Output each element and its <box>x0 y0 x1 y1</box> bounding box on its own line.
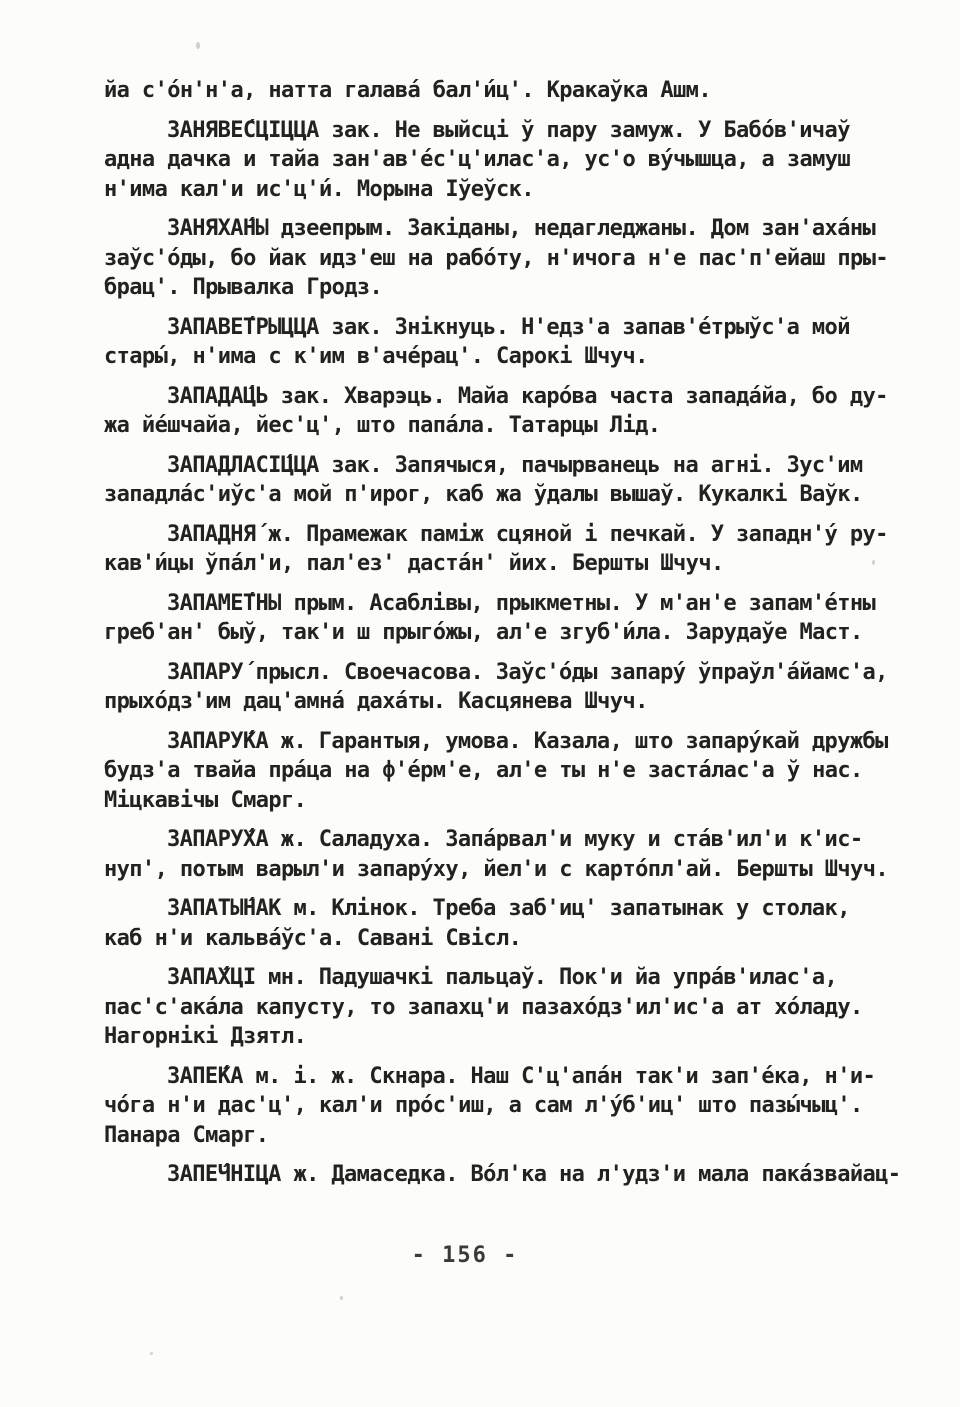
scanned-page: йа с'о́н'н'а, натта галава́ бал'и́ц'. Кр… <box>0 0 960 1407</box>
dictionary-entry-zapahci: ЗАПА́ХЦІ мн. Падушачкі пальцаў. Пок'и йа… <box>104 963 880 1052</box>
dictionary-entry-zapavetrycca: ЗАПАВЕ́ТРЫЦЦА зак. Знікнуць. Н'едз'а зап… <box>104 313 880 372</box>
text-line: ЗАПАРУ́ прысл. Своечасова. Заўс'о́ды зап… <box>104 658 880 688</box>
dictionary-entry-zaparuka: ЗАПАРУ́КА ж. Гарантыя, умова. Казала, шт… <box>104 727 880 816</box>
text-line: Міцкавічы Смарг. <box>104 786 880 816</box>
scan-speckle <box>150 1352 153 1355</box>
page-text-block: йа с'о́н'н'а, натта галава́ бал'и́ц'. Кр… <box>104 76 880 1200</box>
text-line: нуп', потым варыл'и запару́ху, йел'и с к… <box>104 855 880 885</box>
scan-speckle <box>196 42 200 49</box>
text-line: каб н'и кальва́ўс'а. Савані Свісл. <box>104 924 880 954</box>
text-line: греб'ан' быў, так'и ш прыго́жы, ал'е згу… <box>104 618 880 648</box>
text-line: йа с'о́н'н'а, натта галава́ бал'и́ц'. Кр… <box>104 76 880 106</box>
scan-speckle <box>340 1296 343 1300</box>
text-line: ЗАНЯХА́НЫ дзеепрым. Закіданы, недагледжа… <box>104 214 880 244</box>
dictionary-entry-zapadlasicca: ЗАПАДЛАСІ́ЦЦА зак. Запячыся, пачырванець… <box>104 451 880 510</box>
dictionary-entry-zapeka: ЗАПЕ́КА м. і. ж. Скнара. Наш С'ц'апа́н т… <box>104 1062 880 1151</box>
text-line: Панара Смарг. <box>104 1121 880 1151</box>
text-line: ЗАПАМЕ́ТНЫ прым. Асаблівы, прыкметны. У … <box>104 589 880 619</box>
dictionary-entry-zapadac: ЗАПАДА́ЦЬ зак. Хварэць. Майа каро́ва час… <box>104 382 880 441</box>
text-line: ЗАПАДА́ЦЬ зак. Хварэць. Майа каро́ва час… <box>104 382 880 412</box>
dictionary-entry-zanyahany: ЗАНЯХА́НЫ дзеепрым. Закіданы, недагледжа… <box>104 214 880 303</box>
text-line: ЗАПАТЫ́НАК м. Клінок. Треба заб'иц' запа… <box>104 894 880 924</box>
dictionary-entry-zaparu: ЗАПАРУ́ прысл. Своечасова. Заўс'о́ды зап… <box>104 658 880 717</box>
text-line: ЗАНЯВЕ́СЦІЦЦА зак. Не выйсці ў пару заму… <box>104 116 880 146</box>
dictionary-entry-zapadnya: ЗАПАДНЯ́ ж. Прамежак паміж сцяной і печк… <box>104 520 880 579</box>
continuation-paragraph: йа с'о́н'н'а, натта галава́ бал'и́ц'. Кр… <box>104 76 880 106</box>
page-number: - 156 - <box>0 1243 930 1268</box>
text-line: жа йе́шчайа, йес'ц', што папа́ла. Татарц… <box>104 411 880 441</box>
dictionary-entry-zapatynak: ЗАПАТЫ́НАК м. Клінок. Треба заб'иц' запа… <box>104 894 880 953</box>
dictionary-entry-zanyavescicca: ЗАНЯВЕ́СЦІЦЦА зак. Не выйсці ў пару заму… <box>104 116 880 205</box>
text-line: ЗАПАВЕ́ТРЫЦЦА зак. Знікнуць. Н'едз'а зап… <box>104 313 880 343</box>
text-line: ЗАПЕ́ЧНІЦА ж. Дамаседка. Во́л'ка на л'уд… <box>104 1160 880 1190</box>
text-line: будз'а твайа пра́ца на ф'е́рм'е, ал'е ты… <box>104 756 880 786</box>
text-line: брац'. Прывалка Гродз. <box>104 273 880 303</box>
text-line: н'има кал'и ис'ц'и́. Морына Іўеўск. <box>104 175 880 205</box>
text-line: заўс'о́ды, бо йак идз'еш на рабо́ту, н'и… <box>104 244 880 274</box>
text-line: пас'с'ака́ла капусту, то запахц'и пазахо… <box>104 993 880 1023</box>
text-line: западла́с'иўс'а мой п'ирог, каб жа ўдалы… <box>104 480 880 510</box>
text-line: ЗАПАДЛАСІ́ЦЦА зак. Запячыся, пачырванець… <box>104 451 880 481</box>
text-line: стары́, н'има с к'им в'аче́рац'. Сарокі … <box>104 342 880 372</box>
dictionary-entry-zapechnica: ЗАПЕ́ЧНІЦА ж. Дамаседка. Во́л'ка на л'уд… <box>104 1160 880 1190</box>
dictionary-entry-zaparuha: ЗАПАРУ́ХА ж. Саладуха. Запа́рвал'и муку … <box>104 825 880 884</box>
text-line: Нагорнікі Дзятл. <box>104 1022 880 1052</box>
text-line: ЗАПА́ХЦІ мн. Падушачкі пальцаў. Пок'и йа… <box>104 963 880 993</box>
text-line: ЗАПЕ́КА м. і. ж. Скнара. Наш С'ц'апа́н т… <box>104 1062 880 1092</box>
text-line: ЗАПАДНЯ́ ж. Прамежак паміж сцяной і печк… <box>104 520 880 550</box>
text-line: прыхо́дз'им дац'амна́ даха́ты. Касцянева… <box>104 687 880 717</box>
text-line: кав'и́цы ўпа́л'и, пал'ез' даста́н' йих. … <box>104 549 880 579</box>
text-line: чо́га н'и дас'ц', кал'и про́с'иш, а сам … <box>104 1091 880 1121</box>
text-line: ЗАПАРУ́ХА ж. Саладуха. Запа́рвал'и муку … <box>104 825 880 855</box>
dictionary-entry-zapametny: ЗАПАМЕ́ТНЫ прым. Асаблівы, прыкметны. У … <box>104 589 880 648</box>
text-line: ЗАПАРУ́КА ж. Гарантыя, умова. Казала, шт… <box>104 727 880 757</box>
text-line: адна дачка и тайа зан'ав'е́с'ц'илас'а, у… <box>104 145 880 175</box>
